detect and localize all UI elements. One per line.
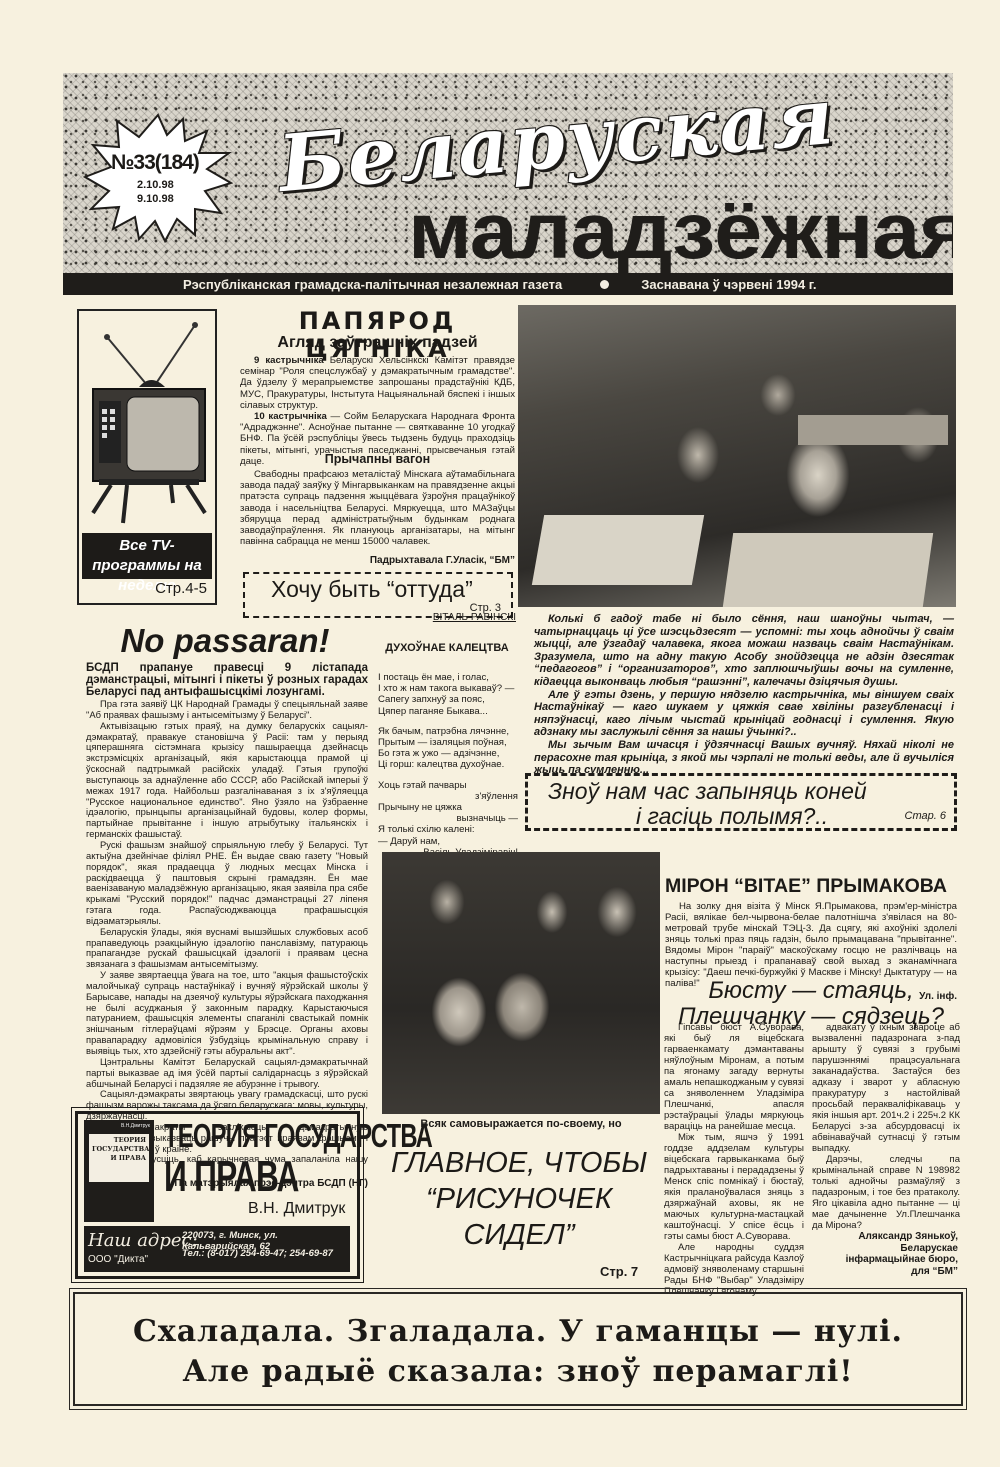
masthead: Беларуская маладзёжная №33(184) 2.10.98 … bbox=[63, 73, 953, 273]
bottom-slogan: Схаладала. Згаладала. У гаманцы — нулі. … bbox=[73, 1292, 963, 1406]
tagline: Рэспубліканская грамадска-палітычная нез… bbox=[183, 277, 562, 292]
book-ad[interactable]: В.Н.Дмитрук ТЕОРИЯ ГОСУДАРСТВА И ПРАВА Т… bbox=[75, 1111, 360, 1279]
issue-badge: №33(184) 2.10.98 9.10.98 bbox=[83, 113, 233, 243]
miron-title: МІРОН “ВІТАЕ” ПРЫМАКОВА bbox=[665, 875, 960, 898]
slogan-line-1: Схаладала. Згаладала. У гаманцы — нулі. bbox=[75, 1312, 961, 1352]
issue-date-start: 2.10.98 bbox=[137, 179, 174, 191]
slogan-line-2: Але радыё сказала: зноў перамаглі! bbox=[75, 1352, 961, 1392]
book-author: В.Н. Дмитрук bbox=[248, 1200, 345, 1218]
section-subtitle-train: Агляд заўтрашніх падзей bbox=[240, 334, 515, 352]
promo-hochu-title: Хочу быть “оттуда” bbox=[271, 576, 473, 603]
promo-znou[interactable]: Зноў нам час запыняць коней і гасіць пол… bbox=[525, 773, 957, 831]
promo-znou-line2: і гасіць полымя?.. bbox=[636, 803, 828, 830]
starburst-icon bbox=[83, 113, 233, 243]
poem-body: І постаць ён мае, і голас,І хто ж нам та… bbox=[378, 672, 518, 858]
tv-banner: Все TV-программы на неделю bbox=[82, 533, 212, 579]
book-publisher: ООО "Дикта" bbox=[88, 1254, 148, 1265]
issue-number: №33(184) bbox=[111, 151, 199, 175]
promo-znou-page: Стар. 6 bbox=[905, 810, 946, 822]
tagline-bar: Рэспубліканская грамадска-палітычная нез… bbox=[63, 273, 953, 295]
bullet-icon bbox=[600, 280, 609, 289]
crowd-photo bbox=[382, 852, 660, 1114]
book-address-bar: Наш адрес: 220073, г. Минск, ул. Кальвар… bbox=[84, 1226, 350, 1272]
classroom-photo bbox=[518, 305, 956, 607]
poem-author[interactable]: ВІТАЛЬ РАВІНСКІ bbox=[378, 612, 516, 623]
event-item: 9 кастрычніка Беларускі Хельсінкскі Камі… bbox=[240, 355, 515, 411]
train-credit: Падрыхтавала Г.Уласік, “БМ” bbox=[240, 555, 515, 566]
crowd-page-ref[interactable]: Стр. 7 bbox=[600, 1264, 638, 1279]
book-title: ТЕОРИЯ ГОСУДАРСТВА И ПРАВА bbox=[164, 1118, 432, 1200]
passaran-title: No passaran! bbox=[80, 622, 370, 660]
train-events: 9 кастрычніка Беларускі Хельсінкскі Камі… bbox=[240, 355, 515, 467]
wagon-title: Прычапны вагон bbox=[240, 452, 515, 466]
tv-page-ref: Стр.4-5 bbox=[155, 580, 207, 597]
founded: Заснавана ў чэрвені 1994 г. bbox=[641, 277, 816, 292]
promo-znou-line1: Зноў нам час запыняць коней bbox=[548, 778, 867, 805]
bust-credit: Аляксандр Зянькоў,Беларускаеінфармацыйна… bbox=[812, 1231, 958, 1277]
title-main: маладзёжная bbox=[408, 191, 953, 271]
book-phone: Тел.: (8-017) 254-69-47; 254-69-87 bbox=[182, 1248, 333, 1259]
bust-column-2: адвакату ў іхным звароце аб вызваленні п… bbox=[812, 1022, 960, 1231]
book-cover-icon: В.Н.Дмитрук ТЕОРИЯ ГОСУДАРСТВА И ПРАВА bbox=[84, 1120, 154, 1222]
teachers-day-editorial: Колькі б гадоў табе ні было сёння, наш ш… bbox=[534, 613, 954, 777]
wagon-text: Свабодны прафсаюз металістаў Мінскага аў… bbox=[240, 469, 515, 567]
issue-date-end: 9.10.98 bbox=[137, 193, 174, 205]
poem-title: ДУХОЎНАЕ КАЛЕЦТВА bbox=[378, 642, 516, 654]
television-icon bbox=[87, 317, 211, 527]
tv-program-ad[interactable]: Все TV-программы на неделю Стр.4-5 bbox=[77, 309, 217, 605]
bust-column-1: Гіпсавы бюст А.Суворава, які быў ля віце… bbox=[664, 1022, 804, 1297]
passaran-lead: БСДП прапануе правесці 9 лістапада дэман… bbox=[86, 662, 368, 698]
